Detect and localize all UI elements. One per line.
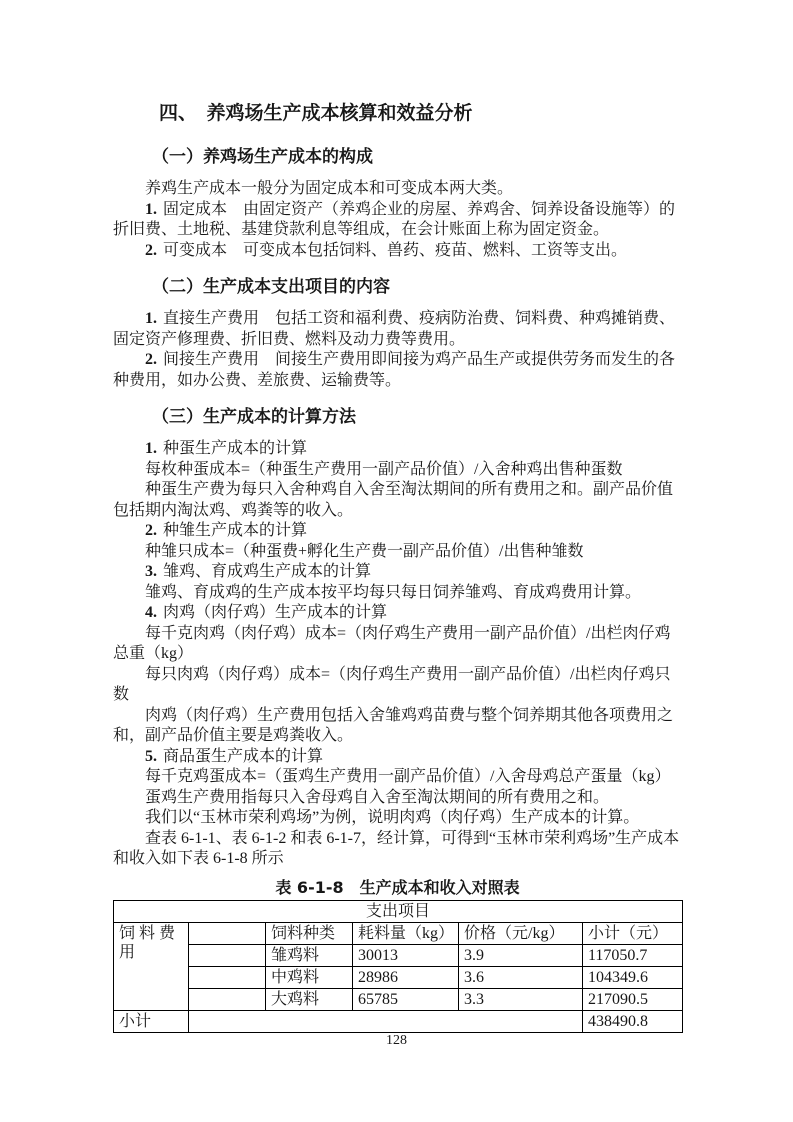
- cost-income-table: 支出项目 饲 料 费 用 饲料种类 耗料量（kg） 价格（元/kg） 小计（元）…: [113, 900, 683, 1033]
- item-number: 2.: [145, 242, 157, 259]
- item-text: 固定成本 由固定资产（养鸡企业的房屋、养鸡舍、饲养设备设施等）的折旧费、土地税、…: [113, 201, 675, 239]
- page-number: 128: [0, 1033, 793, 1049]
- table-row-top-header: 支出项目: [114, 900, 683, 922]
- item-text: 直接生产费用 包括工资和福利费、疫病防治费、饲料费、种鸡摊销费、固定资产修理费、…: [113, 310, 675, 348]
- paragraph: 种蛋生产费为每只入舍种鸡自入舍至淘汰期间的所有费用之和。副产品价值包括期内淘汰鸡…: [113, 480, 682, 521]
- cell-subtotal: 217090.5: [583, 988, 683, 1010]
- paragraph: 蛋鸡生产费用指每只入舍母鸡自入舍至淘汰期间的所有费用之和。: [113, 788, 682, 809]
- empty-cell: [189, 944, 266, 966]
- feed-cost-group-cell: 饲 料 费 用: [114, 922, 189, 1010]
- section-1-heading: （一）养鸡场生产成本的构成: [152, 146, 682, 169]
- numbered-item: 1.种蛋生产成本的计算: [113, 439, 682, 460]
- item-number: 2.: [145, 522, 157, 539]
- numbered-item: 1.固定成本 由固定资产（养鸡企业的房屋、养鸡舍、饲养设备设施等）的折旧费、土地…: [113, 200, 682, 241]
- item-text: 种蛋生产成本的计算: [163, 440, 307, 457]
- item-number: 5.: [145, 748, 157, 765]
- item-text: 种雏生产成本的计算: [163, 522, 307, 539]
- item-text: 肉鸡（肉仔鸡）生产成本的计算: [163, 604, 387, 621]
- item-number: 4.: [145, 604, 157, 621]
- table-caption: 表 6-1-8 生产成本和收入对照表: [113, 877, 682, 898]
- empty-cell: [189, 966, 266, 988]
- numbered-item: 3.雏鸡、育成鸡生产成本的计算: [113, 562, 682, 583]
- cell-feed-type: 中鸡料: [266, 966, 353, 988]
- item-number: 1.: [145, 201, 157, 218]
- subtotal-label-cell: 小计: [114, 1010, 189, 1032]
- numbered-item: 2.间接生产费用 间接生产费用即间接为鸡产品生产或提供劳务而发生的各种费用，如办…: [113, 350, 682, 391]
- paragraph: 养鸡生产成本一般分为固定成本和可变成本两大类。: [113, 179, 682, 200]
- section-2-heading: （二）生产成本支出项目的内容: [152, 276, 682, 299]
- expenditure-header-cell: 支出项目: [114, 900, 683, 922]
- item-number: 1.: [145, 440, 157, 457]
- formula: 每千克鸡蛋成本=（蛋鸡生产费用一副产品价值）/入舍母鸡总产蛋量（kg）: [113, 767, 682, 788]
- item-text: 可变成本 可变成本包括饲料、兽药、疫苗、燃料、工资等支出。: [163, 242, 627, 259]
- item-text: 间接生产费用 间接生产费用即间接为鸡产品生产或提供劳务而发生的各种费用，如办公费…: [113, 351, 675, 389]
- empty-cell: [189, 988, 266, 1010]
- formula: 每只肉鸡（肉仔鸡）成本=（肉仔鸡生产费用一副产品价值）/出栏肉仔鸡只数: [113, 665, 682, 706]
- item-number: 1.: [145, 310, 157, 327]
- table-row-col-headers: 饲 料 费 用 饲料种类 耗料量（kg） 价格（元/kg） 小计（元）: [114, 922, 683, 944]
- cell-subtotal: 117050.7: [583, 944, 683, 966]
- col-header-consumption: 耗料量（kg）: [353, 922, 459, 944]
- chapter-heading: 四、 养鸡场生产成本核算和效益分析: [159, 101, 682, 126]
- cell-feed-type: 大鸡料: [266, 988, 353, 1010]
- page-content: 四、 养鸡场生产成本核算和效益分析 （一）养鸡场生产成本的构成 养鸡生产成本一般…: [0, 0, 793, 1033]
- numbered-item: 4.肉鸡（肉仔鸡）生产成本的计算: [113, 603, 682, 624]
- cell-price: 3.3: [459, 988, 583, 1010]
- table-row: 雏鸡料 30013 3.9 117050.7: [114, 944, 683, 966]
- formula: 每千克肉鸡（肉仔鸡）成本=（肉仔鸡生产费用一副产品价值）/出栏肉仔鸡总重（kg）: [113, 624, 682, 665]
- col-header-price: 价格（元/kg）: [459, 922, 583, 944]
- cell-price: 3.9: [459, 944, 583, 966]
- col-header-subtotal: 小计（元）: [583, 922, 683, 944]
- paragraph: 肉鸡（肉仔鸡）生产费用包括入舍雏鸡鸡苗费与整个饲养期其他各项费用之和，副产品价值…: [113, 706, 682, 747]
- table-row: 中鸡料 28986 3.6 104349.6: [114, 966, 683, 988]
- table-row: 大鸡料 65785 3.3 217090.5: [114, 988, 683, 1010]
- table-row-subtotal: 小计 438490.8: [114, 1010, 683, 1032]
- col-header-feed-type: 饲料种类: [266, 922, 353, 944]
- formula: 每枚种蛋成本=（种蛋生产费用一副产品价值）/入舍种鸡出售种蛋数: [113, 460, 682, 481]
- item-number: 3.: [145, 563, 157, 580]
- item-text: 雏鸡、育成鸡生产成本的计算: [163, 563, 371, 580]
- cell-consumption: 30013: [353, 944, 459, 966]
- cell-price: 3.6: [459, 966, 583, 988]
- section-3-heading: （三）生产成本的计算方法: [152, 406, 682, 429]
- numbered-item: 2.种雏生产成本的计算: [113, 521, 682, 542]
- paragraph: 我们以“玉林市荣利鸡场”为例，说明肉鸡（肉仔鸡）生产成本的计算。: [113, 808, 682, 829]
- cell-consumption: 28986: [353, 966, 459, 988]
- empty-cell: [189, 922, 266, 944]
- numbered-item: 1.直接生产费用 包括工资和福利费、疫病防治费、饲料费、种鸡摊销费、固定资产修理…: [113, 309, 682, 350]
- formula: 种雏只成本=（种蛋费+孵化生产费一副产品价值）/出售种雏数: [113, 542, 682, 563]
- subtotal-value-cell: 438490.8: [583, 1010, 683, 1032]
- cell-feed-type: 雏鸡料: [266, 944, 353, 966]
- numbered-item: 5.商品蛋生产成本的计算: [113, 747, 682, 768]
- paragraph: 雏鸡、育成鸡的生产成本按平均每只每日饲养雏鸡、育成鸡费用计算。: [113, 583, 682, 604]
- paragraph: 查表 6-1-1、表 6-1-2 和表 6-1-7，经计算，可得到“玉林市荣利鸡…: [113, 829, 682, 870]
- empty-cell: [189, 1010, 583, 1032]
- document-page: 四、 养鸡场生产成本核算和效益分析 （一）养鸡场生产成本的构成 养鸡生产成本一般…: [0, 0, 793, 1122]
- numbered-item: 2.可变成本 可变成本包括饲料、兽药、疫苗、燃料、工资等支出。: [113, 241, 682, 262]
- item-number: 2.: [145, 351, 157, 368]
- item-text: 商品蛋生产成本的计算: [163, 748, 323, 765]
- cell-consumption: 65785: [353, 988, 459, 1010]
- cell-subtotal: 104349.6: [583, 966, 683, 988]
